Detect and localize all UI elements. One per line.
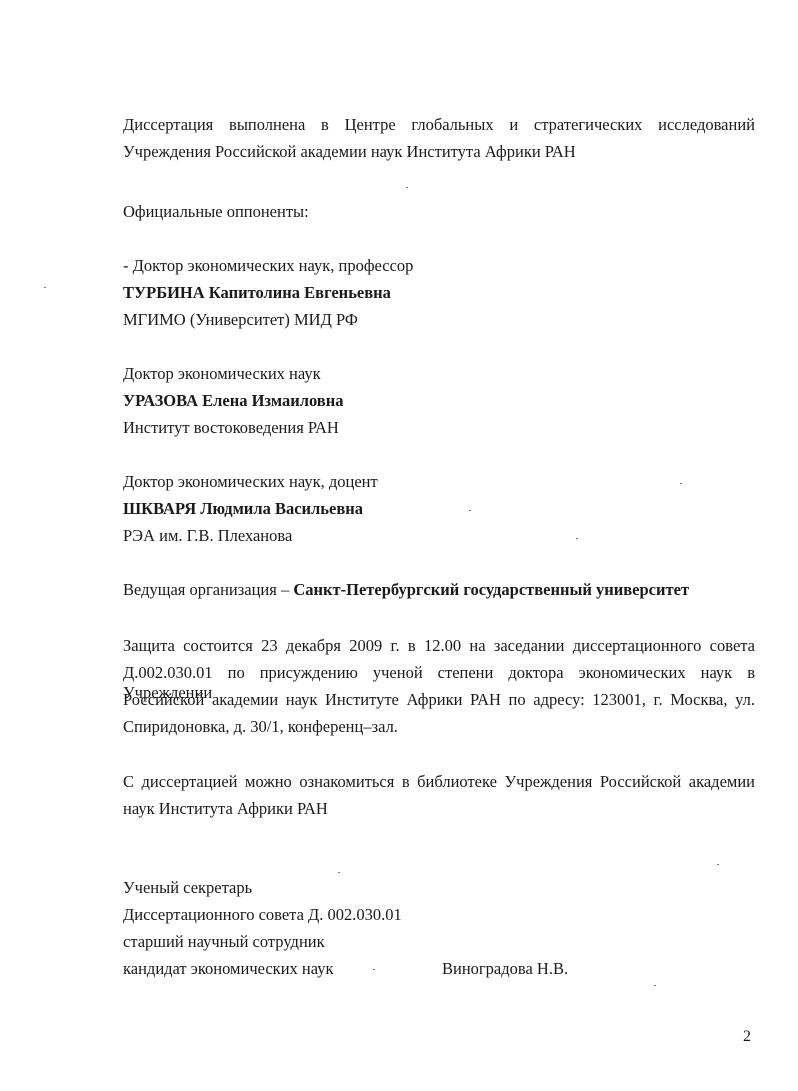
library-line-1: С диссертацией можно ознакомиться в библ…	[123, 772, 755, 792]
signature-line-3: старший научный сотрудник	[123, 932, 325, 952]
lead-organization: Ведущая организация – Санкт-Петербургски…	[123, 580, 689, 600]
signature-name: Виноградова Н.В.	[442, 959, 568, 979]
defense-line-1: Защита состоится 23 декабря 2009 г. в 12…	[123, 636, 755, 656]
signature-line-1: Ученый секретарь	[123, 878, 252, 898]
intro-line-1: Диссертация выполнена в Центре глобальны…	[123, 115, 755, 135]
opponent-2-title: Доктор экономических наук	[123, 364, 321, 384]
scan-speck	[406, 187, 408, 188]
page-number: 2	[743, 1027, 751, 1047]
defense-line-4: Спиридоновка, д. 30/1, конференц–зал.	[123, 717, 398, 737]
scan-speck	[654, 985, 656, 986]
lead-organization-label: Ведущая организация –	[123, 580, 293, 599]
opponent-2-organization: Институт востоковедения РАН	[123, 418, 339, 438]
library-line-2: наук Института Африки РАН	[123, 799, 328, 819]
opponents-heading: Официальные оппоненты:	[123, 202, 309, 222]
scan-speck	[469, 510, 471, 511]
opponent-1-name: ТУРБИНА Капитолина Евгеньевна	[123, 283, 391, 303]
opponent-2-name: УРАЗОВА Елена Измаиловна	[123, 391, 343, 411]
opponent-1-organization: МГИМО (Университет) МИД РФ	[123, 310, 358, 330]
scan-speck	[717, 864, 719, 865]
signature-line-2: Диссертационного совета Д. 002.030.01	[123, 905, 402, 925]
defense-line-2: Д.002.030.01 по присуждению ученой степе…	[123, 663, 755, 683]
signature-line-4: кандидат экономических наук	[123, 959, 333, 979]
opponent-3-title: Доктор экономических наук, доцент	[123, 472, 378, 492]
defense-line-3: Российской академии наук Институте Африк…	[123, 690, 755, 710]
opponent-3-name: ШКВАРЯ Людмила Васильевна	[123, 499, 363, 519]
scan-speck	[576, 538, 578, 539]
scan-speck	[680, 483, 682, 484]
lead-organization-name: Санкт-Петербургский государственный унив…	[293, 580, 689, 599]
scan-speck	[373, 969, 375, 970]
scan-speck	[44, 287, 46, 288]
scan-speck	[338, 872, 340, 873]
opponent-3-organization: РЭА им. Г.В. Плеханова	[123, 526, 292, 546]
intro-line-2: Учреждения Российской академии наук Инст…	[123, 142, 576, 162]
opponent-1-title: - Доктор экономических наук, профессор	[123, 256, 413, 276]
